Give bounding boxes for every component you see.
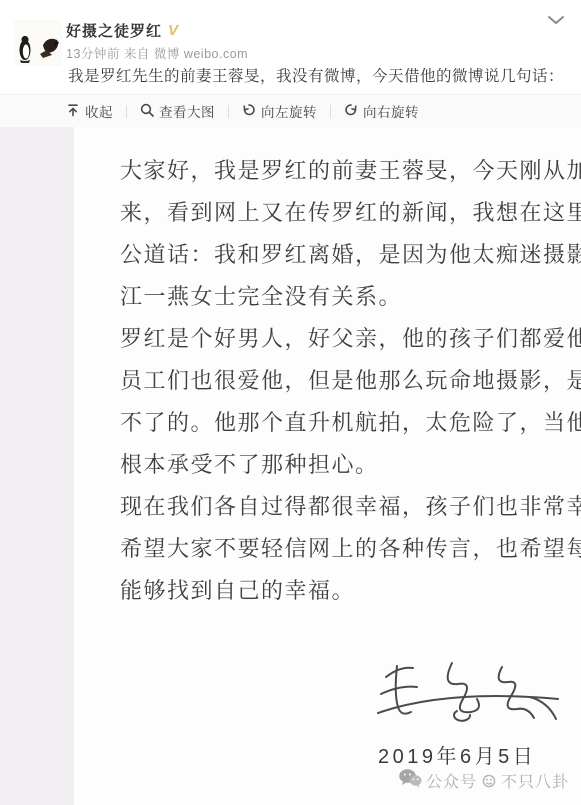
collapse-label: 收起 [85,101,113,121]
rotate-right-icon [344,103,358,120]
letter-line: 根本承受不了那种担心。 [120,444,581,486]
letter-line: 现在我们各自过得都很幸福，孩子们也非常幸福。 [120,486,581,528]
collapse-button[interactable]: 收起 [66,101,113,121]
rotate-left-button[interactable]: 向左旋转 [242,101,317,121]
letter-line: 能够找到自己的幸福。 [120,570,581,612]
letter-line: 江一燕女士完全没有关系。 [120,276,581,318]
post-meta: 13分钟前 来自 微博 weibo.com [66,44,248,62]
avatar[interactable] [14,20,62,66]
letter-line: 不了的。他那个直升机航拍，太危险了，当他的妻子 [120,402,581,444]
watermark: 公众号 不只八卦 [398,768,569,793]
toolbar-divider [228,105,229,118]
letter-date: 2019年6月5日 [378,740,536,769]
rotate-right-label: 向右旋转 [363,101,419,121]
view-large-button[interactable]: 查看大图 [140,101,215,121]
emoji-face-icon [482,774,496,793]
toolbar-divider [126,105,127,118]
username[interactable]: 好摄之徒罗红 [66,20,162,41]
view-large-label: 查看大图 [159,101,215,121]
rotate-left-icon [242,103,256,120]
letter-image[interactable]: 大家好，我是罗红的前妻王蓉旻，今天刚从加拿大回 来，看到网上又在传罗红的新闻，我… [74,127,581,805]
letter-line: 公道话：我和罗红离婚，是因为他太痴迷摄影了，跟 [120,234,581,276]
letter-body: 大家好，我是罗红的前妻王蓉旻，今天刚从加拿大回 来，看到网上又在传罗红的新闻，我… [74,127,581,612]
watermark-prefix: 公众号 [426,769,477,792]
post-text: 我是罗红先生的前妻王蓉旻，我没有微博，今天借他的微博说几句话： [68,66,573,88]
image-toolbar: 收起 查看大图 向左旋转 向右旋转 [0,94,581,127]
handwritten-signature [372,647,567,752]
image-viewer: 大家好，我是罗红的前妻王蓉旻，今天刚从加拿大回 来，看到网上又在传罗红的新闻，我… [0,127,581,805]
letter-line: 大家好，我是罗红的前妻王蓉旻，今天刚从加拿大回 [120,150,581,192]
rotate-left-label: 向左旋转 [261,101,317,121]
verified-badge-icon: V [168,22,178,39]
letter-line: 员工们也很爱他，但是他那么玩命地摄影，是我接受 [120,360,581,402]
letter-line: 罗红是个好男人，好父亲，他的孩子们都爱他，他的 [120,318,581,360]
watermark-suffix: 不只八卦 [501,769,569,792]
rotate-right-button[interactable]: 向右旋转 [344,101,419,121]
chevron-down-icon[interactable] [547,12,565,30]
toolbar-divider [330,105,331,118]
letter-line: 希望大家不要轻信网上的各种传言，也希望每个人都 [120,528,581,570]
magnifier-icon [140,103,154,120]
collapse-up-icon [66,103,80,120]
letter-line: 来，看到网上又在传罗红的新闻，我想在这里说几句 [120,192,581,234]
wechat-icon [398,768,422,793]
